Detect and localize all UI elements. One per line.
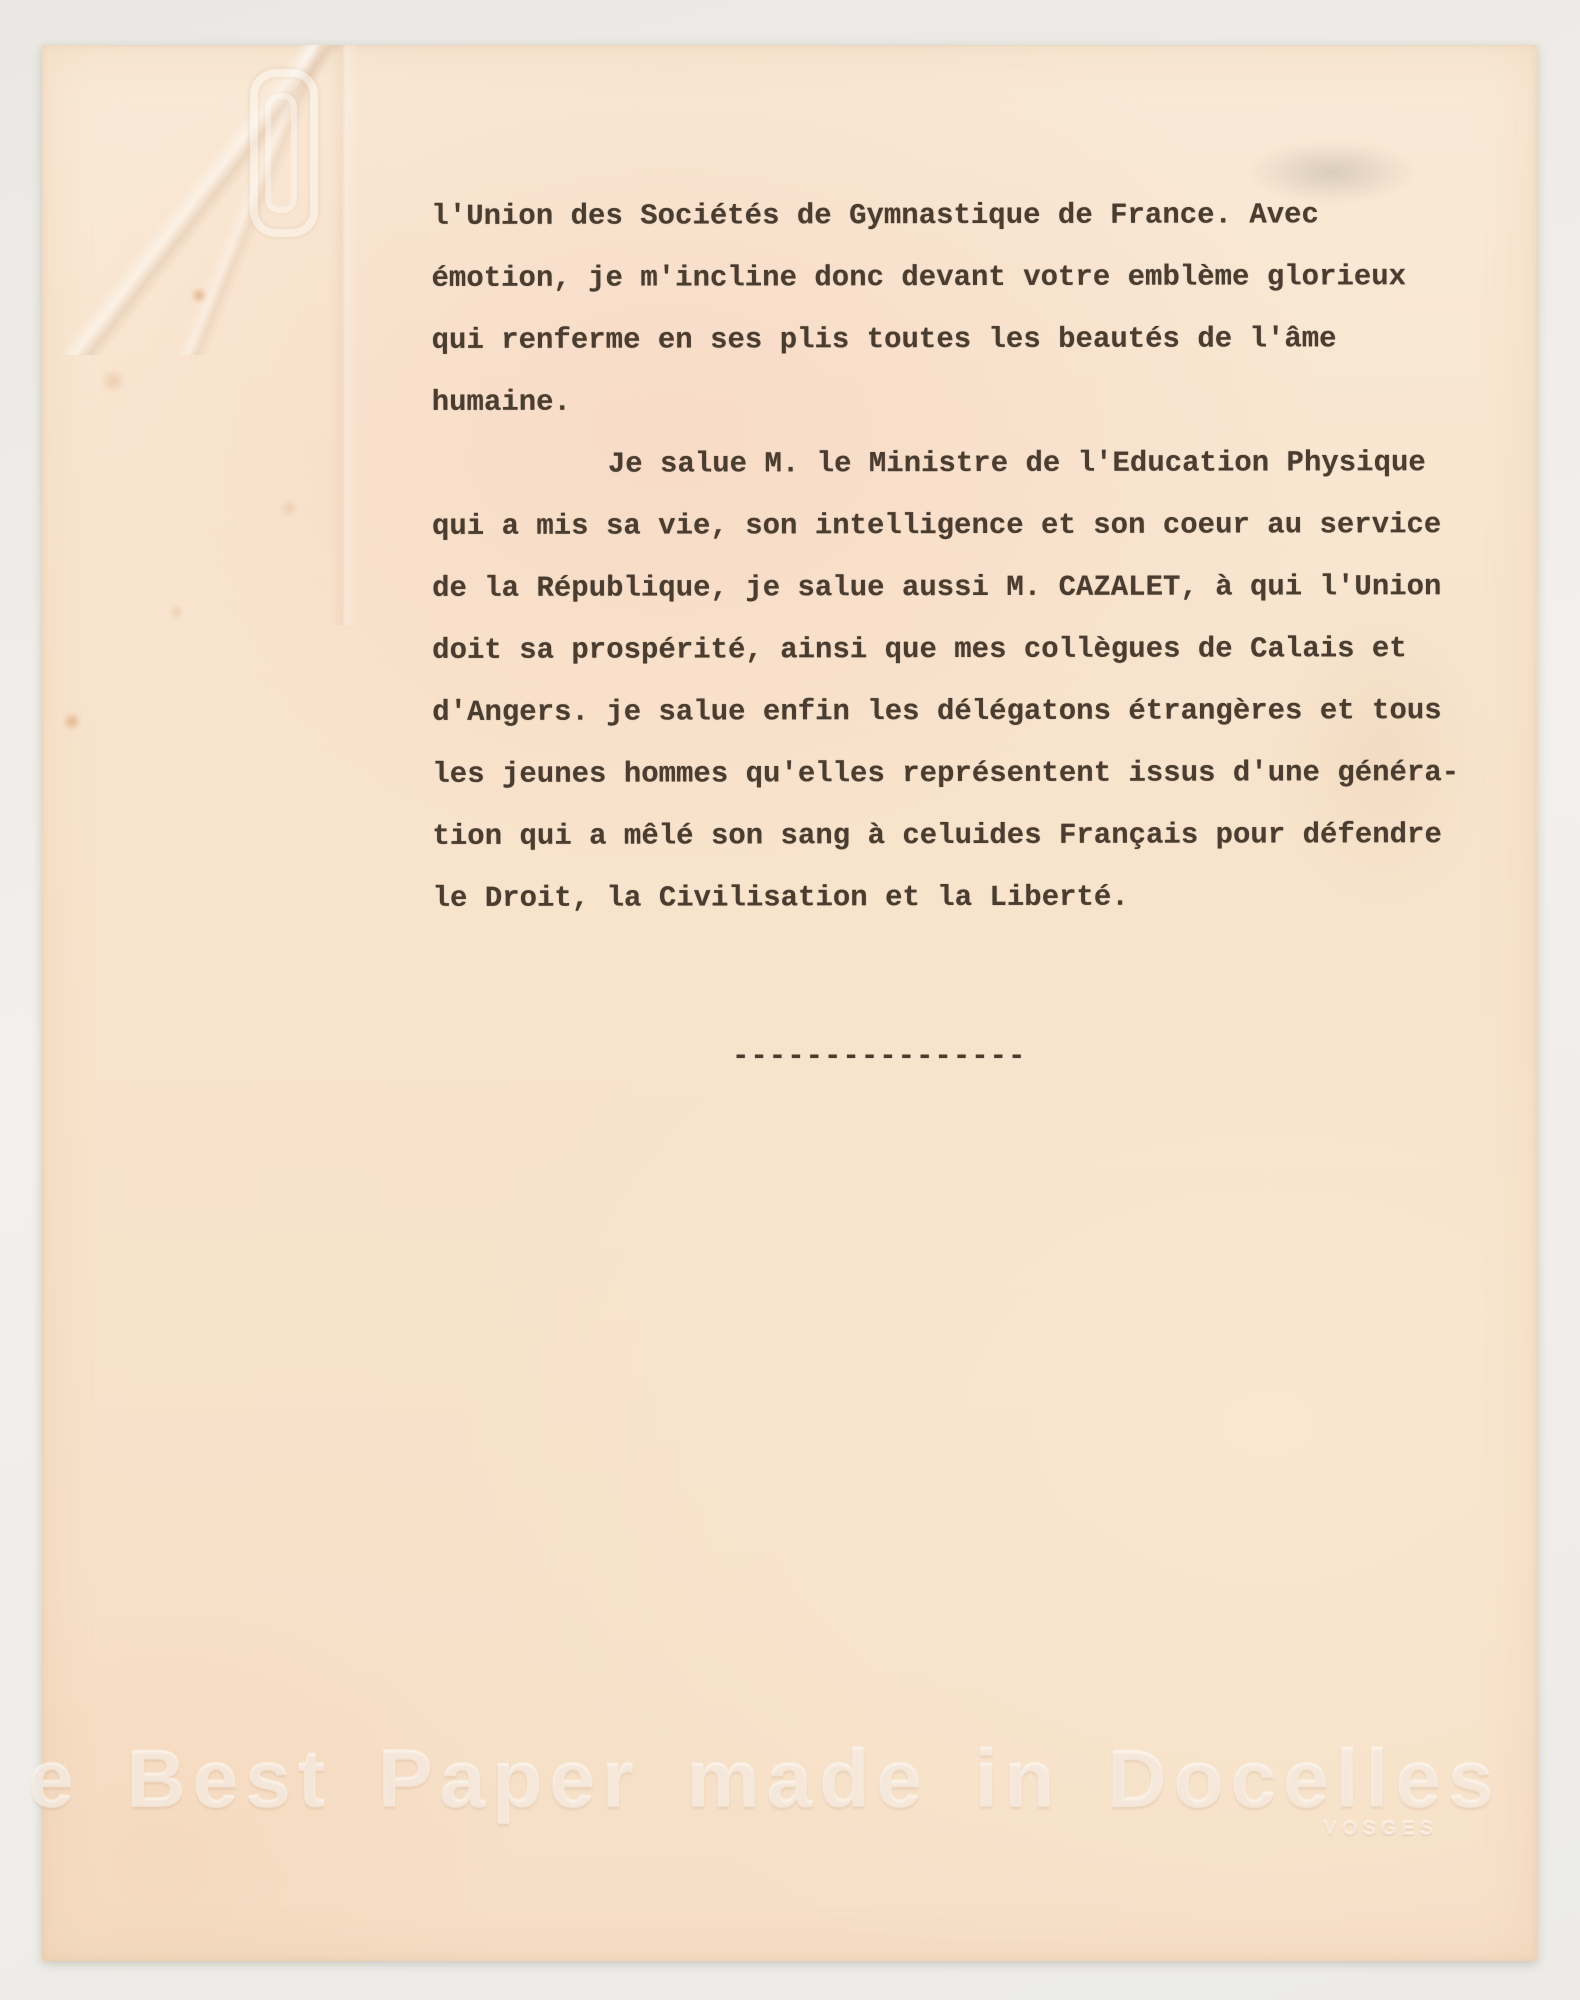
watermark-vosges: VOSGES [1324, 1818, 1438, 1841]
scan-background: l'Union des Sociétés de Gymnastique de F… [0, 0, 1580, 2000]
typewritten-line: l'Union des Sociétés de Gymnastique de F… [431, 184, 1491, 248]
typewritten-line: d'Angers. je salue enfin les délégatons … [432, 680, 1492, 744]
typewritten-line: le Droit, la Civilisation et la Liberté. [433, 866, 1493, 930]
stain-mark [62, 713, 82, 730]
document-page: l'Union des Sociétés de Gymnastique de F… [42, 45, 1537, 1961]
stain-mark [190, 288, 208, 303]
typewritten-line: émotion, je m'incline donc devant votre … [431, 246, 1491, 310]
typewritten-line: les jeunes hommes qu'elles représentent … [432, 742, 1492, 806]
stain-mark [98, 370, 128, 392]
paperclip-impression [250, 69, 318, 237]
typewritten-line: qui a mis sa vie, son intelligence et so… [432, 494, 1492, 558]
typewritten-line: humaine. [432, 370, 1492, 434]
stain-mark [168, 605, 185, 618]
typewritten-line: Je salue M. le Ministre de l'Education P… [432, 432, 1492, 496]
watermark-text: e Best Paper made in Docelles [28, 1734, 1501, 1825]
typewritten-line: tion qui a mêlé son sang à celuides Fran… [432, 804, 1492, 868]
paperclip-inner-loop [265, 93, 297, 213]
crease-mark [42, 45, 372, 355]
typewritten-line: de la République, je salue aussi M. CAZA… [432, 556, 1492, 620]
typewritten-line: doit sa prospérité, ainsi que mes collèg… [432, 618, 1492, 682]
typewritten-text: l'Union des Sociétés de Gymnastique de F… [431, 184, 1492, 930]
stain-mark [278, 501, 300, 516]
typed-separator: ---------------- [732, 1037, 1026, 1077]
typewritten-line: qui renferme en ses plis toutes les beau… [432, 308, 1492, 372]
paper-watermark: e Best Paper made in Docelles VOSGES [28, 1733, 1548, 1827]
crease-mark [330, 45, 358, 625]
